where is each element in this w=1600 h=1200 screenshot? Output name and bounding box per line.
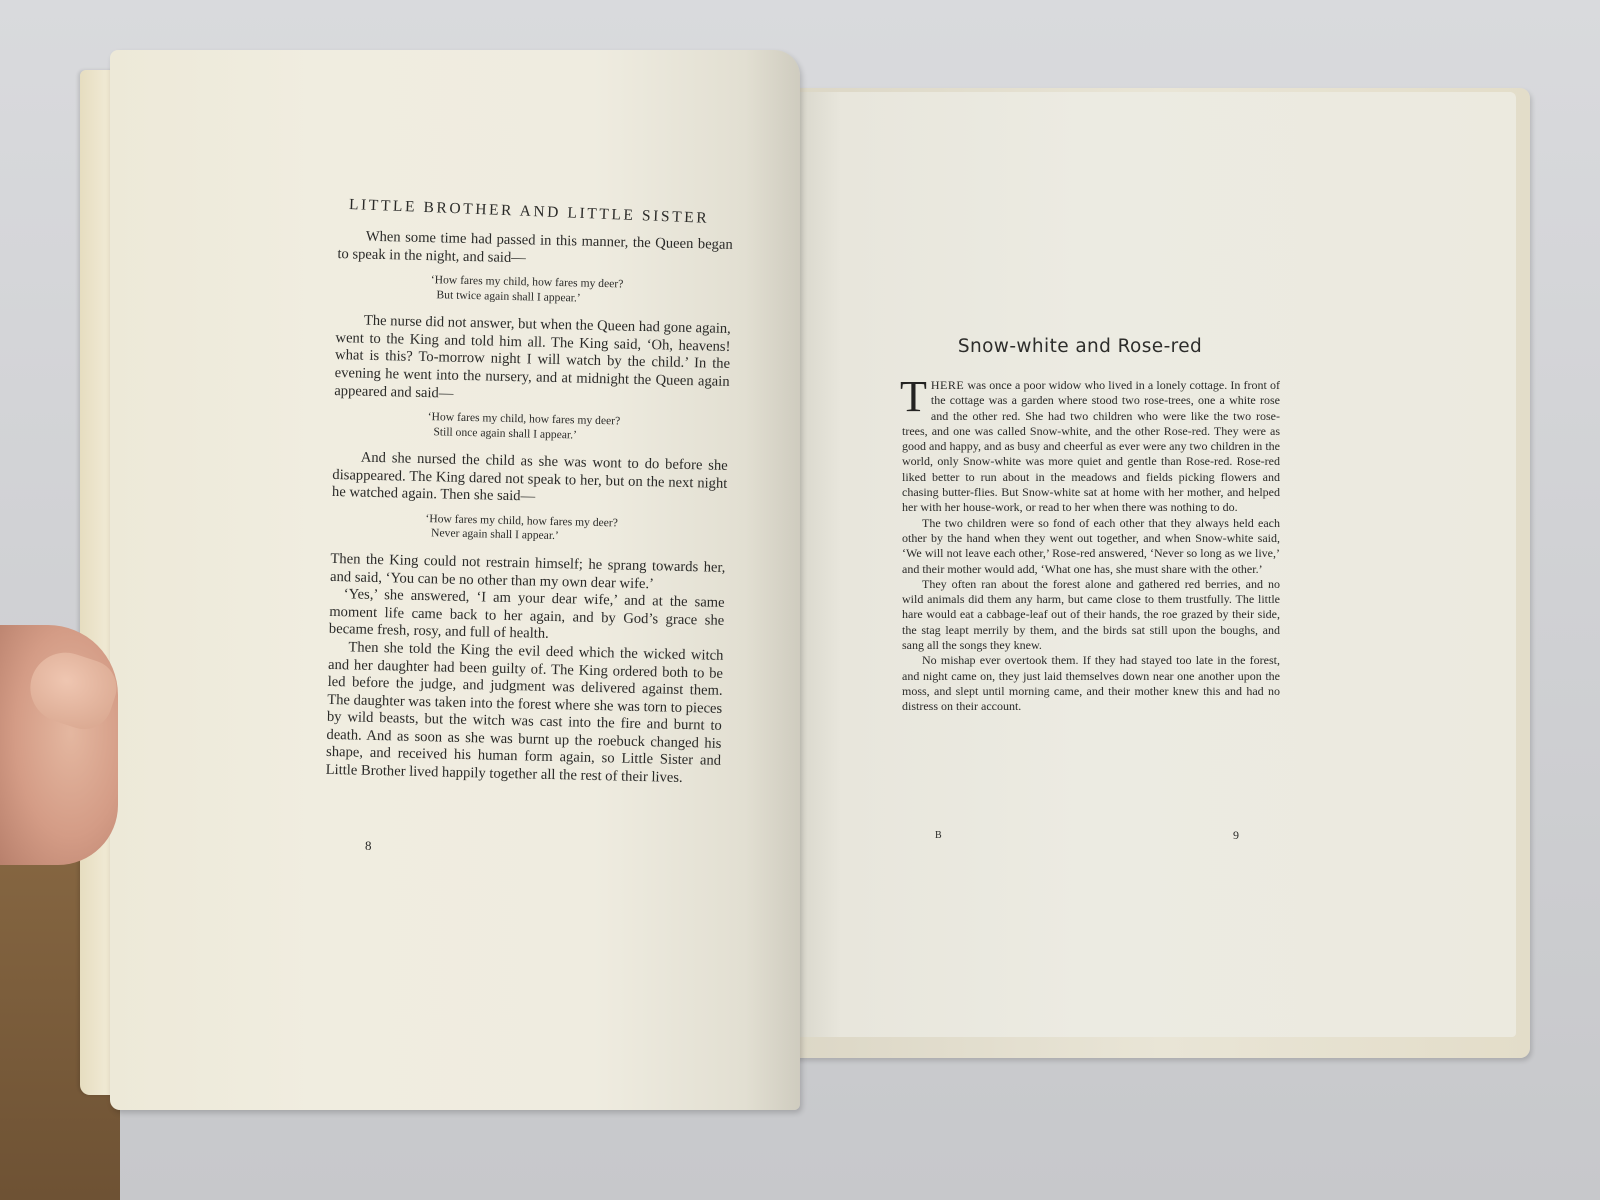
drop-cap: T — [900, 379, 927, 415]
left-page-text: When some time had passed in this manner… — [325, 228, 732, 788]
first-word: HERE — [931, 378, 964, 392]
page-number-right: 9 — [1233, 828, 1239, 843]
page-number-left: 8 — [365, 838, 372, 854]
story-title: Snow-white and Rose-red — [880, 336, 1280, 357]
verse: ‘How fares my child, how fares my deer? … — [427, 410, 729, 446]
right-page-text: THERE was once a poor widow who lived in… — [902, 378, 1280, 715]
paragraph: The nurse did not answer, but when the Q… — [334, 312, 731, 409]
paragraph: They often ran about the forest alone an… — [902, 577, 1280, 653]
paragraph: No mishap ever overtook them. If they ha… — [902, 653, 1280, 714]
paragraph-text: was once a poor widow who lived in a lon… — [902, 378, 1280, 514]
paragraph: And she nursed the child as she was wont… — [332, 449, 728, 511]
verse: ‘How fares my child, how fares my deer? … — [430, 273, 732, 309]
signature-mark: B — [935, 830, 942, 841]
paragraph: ‘Yes,’ she answered, ‘I am your dear wif… — [329, 586, 725, 648]
verse: ‘How fares my child, how fares my deer? … — [425, 512, 727, 548]
paragraph: THERE was once a poor widow who lived in… — [902, 378, 1280, 516]
paragraph: The two children were so fond of each ot… — [902, 516, 1280, 577]
paragraph: Then she told the King the evil deed whi… — [325, 639, 723, 789]
